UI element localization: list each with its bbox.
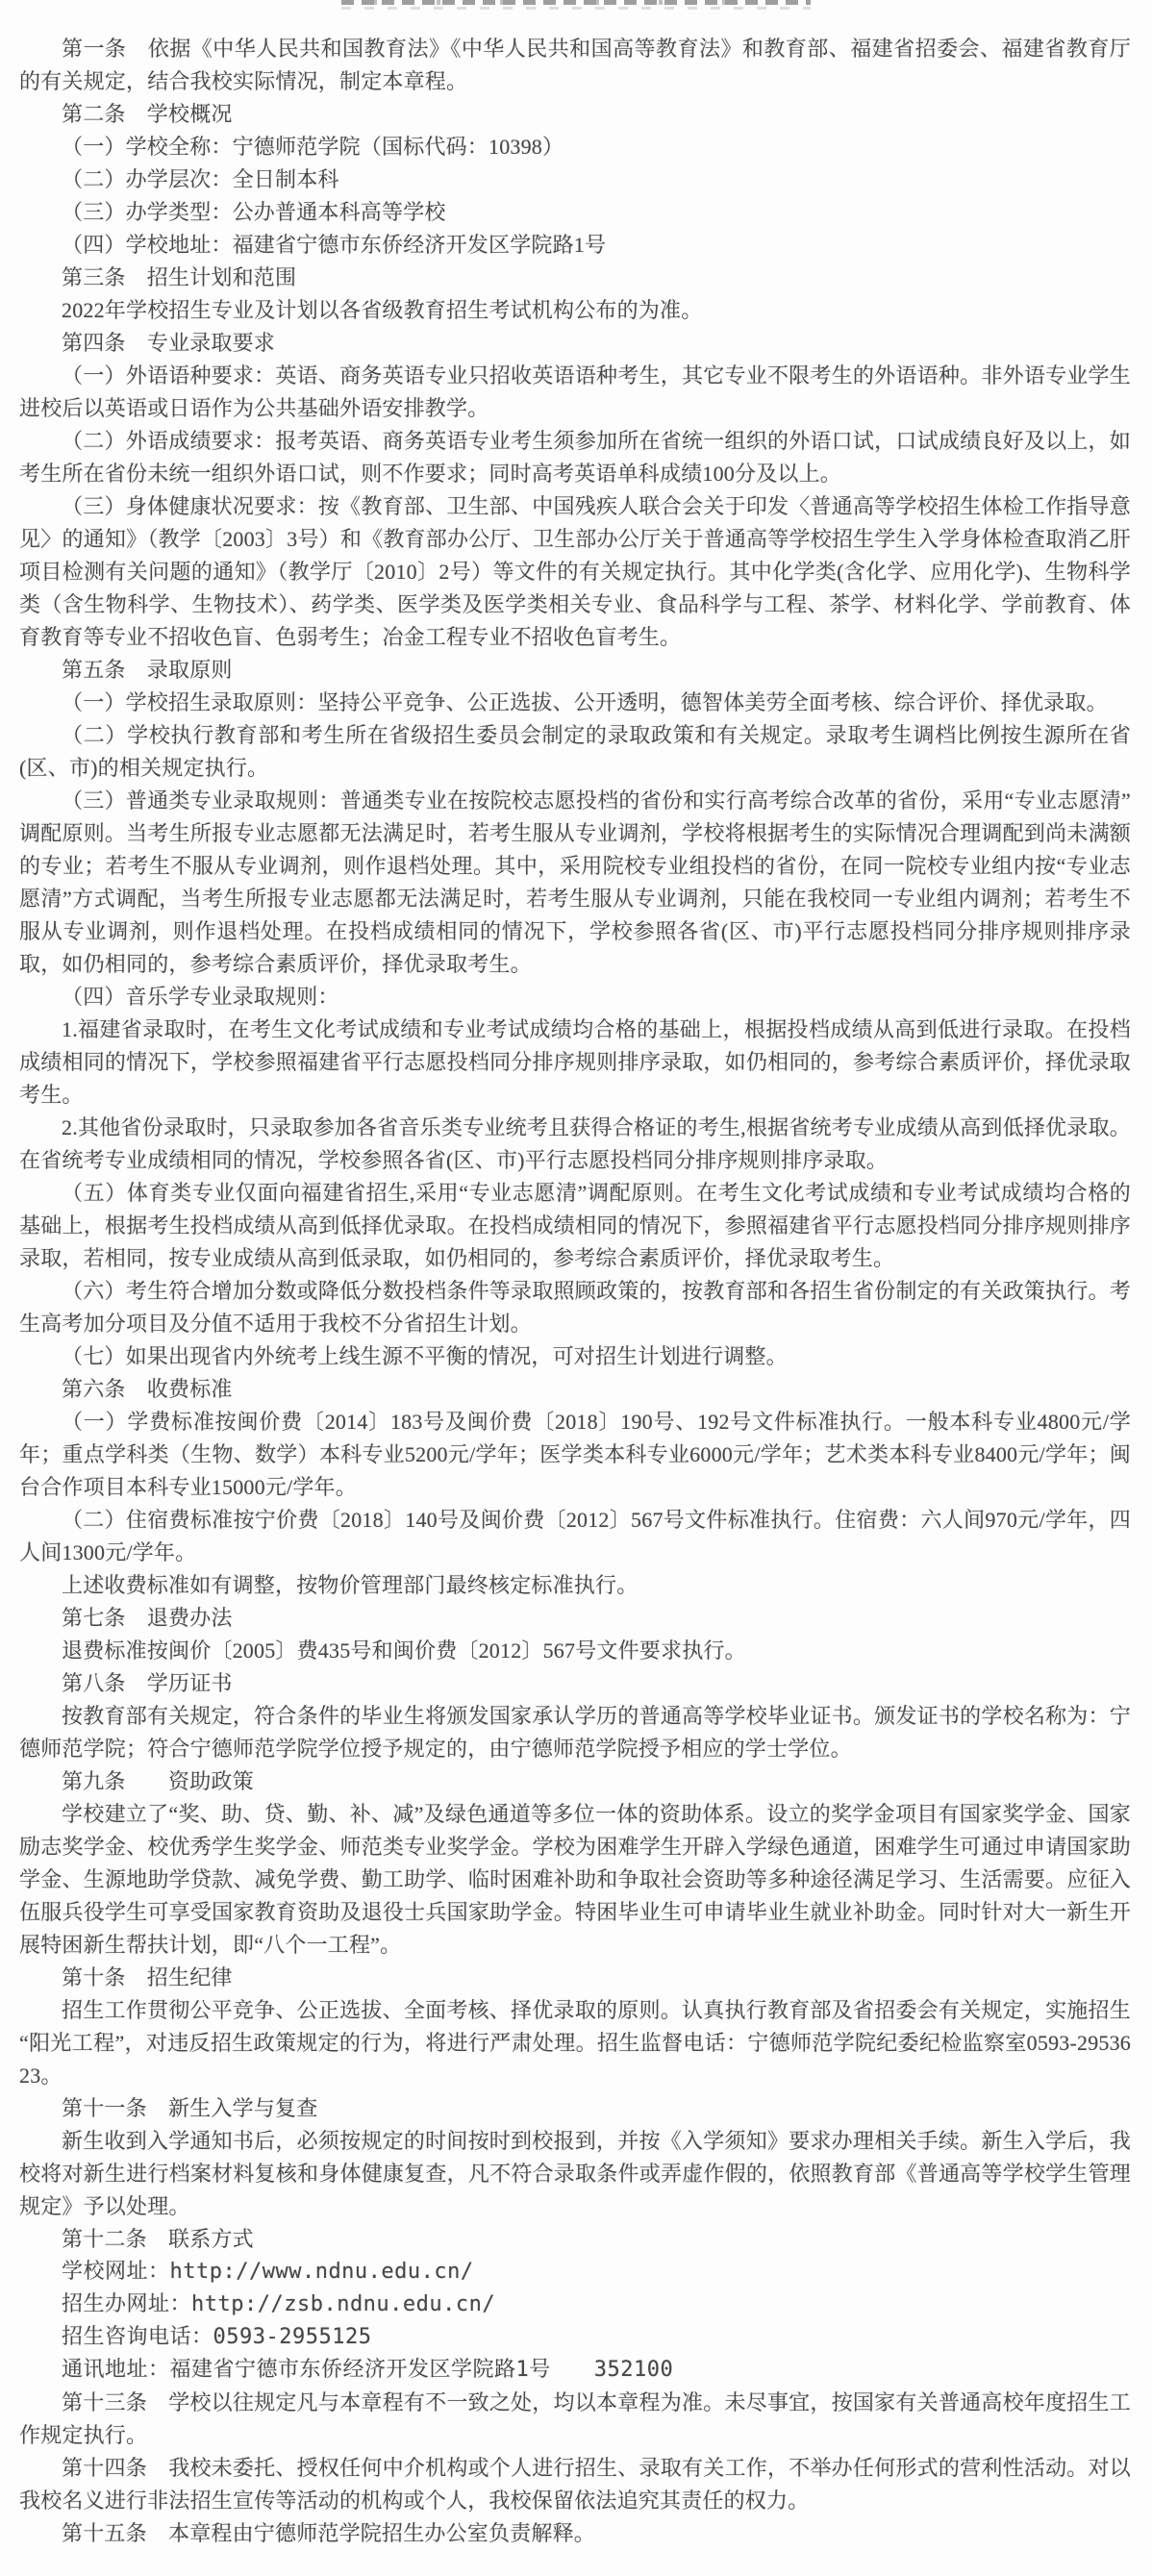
article-paragraph: 第十一条 新生入学与复查 <box>19 2092 1131 2125</box>
paragraph: （七）如果出现省内外统考上线生源不平衡的情况，可对招生计划进行调整。 <box>19 1340 1131 1373</box>
contact-line: 招生咨询电话：0593-2955125 <box>19 2321 1131 2354</box>
clipped-title-remnant <box>341 0 811 11</box>
scanned-document-page: 第一条 依据《中华人民共和国教育法》《中华人民共和国高等教育法》和教育部、福建省… <box>0 0 1152 2576</box>
article-paragraph: 第三条 招生计划和范围 <box>19 262 1131 294</box>
article-paragraph: 第五条 录取原则 <box>19 654 1131 687</box>
paragraph: （四）音乐学专业录取规则： <box>19 981 1131 1013</box>
paragraph: （一）学费标准按闽价费〔2014〕183号及闽价费〔2018〕190号、192号… <box>19 1406 1131 1504</box>
article-paragraph: 第十条 招生纪律 <box>19 1962 1131 1994</box>
paragraph: （二）外语成绩要求：报考英语、商务英语专业考生须参加所在省统一组织的外语口试，口… <box>19 425 1131 490</box>
paragraph: （三）办学类型：公办普通本科高等学校 <box>19 196 1131 229</box>
contact-line: 学校网址：http://www.ndnu.edu.cn/ <box>19 2256 1131 2288</box>
article-paragraph: 第十三条 学校以往规定凡与本章程有不一致之处，均以本章程为准。未尽事宜，按国家有… <box>19 2387 1131 2452</box>
paragraph: 2022年学校招生专业及计划以各省级教育招生考试机构公布的为准。 <box>19 294 1131 327</box>
paragraph: 退费标准按闽价〔2005〕费435号和闽价费〔2012〕567号文件要求执行。 <box>19 1635 1131 1667</box>
clipped-title-stroke-row-faint <box>341 7 811 10</box>
document-body: 第一条 依据《中华人民共和国教育法》《中华人民共和国高等教育法》和教育部、福建省… <box>19 33 1131 2550</box>
paragraph: 按教育部有关规定，符合条件的毕业生将颁发国家承认学历的普通高等学校毕业证书。颁发… <box>19 1700 1131 1765</box>
paragraph: （二）学校执行教育部和考生所在省级招生委员会制定的录取政策和有关规定。录取考生调… <box>19 719 1131 785</box>
paragraph: （四）学校地址：福建省宁德市东侨经济开发区学院路1号 <box>19 229 1131 262</box>
article-paragraph: 第四条 专业录取要求 <box>19 327 1131 360</box>
article-paragraph: 第六条 收费标准 <box>19 1373 1131 1406</box>
paragraph: （六）考生符合增加分数或降低分数投档条件等录取照顾政策的，按教育部和各招生省份制… <box>19 1275 1131 1340</box>
article-paragraph: 第七条 退费办法 <box>19 1602 1131 1635</box>
clipped-title-stroke-row <box>341 0 811 5</box>
article-paragraph: 第八条 学历证书 <box>19 1667 1131 1700</box>
contact-line: 通讯地址：福建省宁德市东侨经济开发区学院路1号 352100 <box>19 2354 1131 2387</box>
paragraph: 学校建立了“奖、助、贷、勤、补、减”及绿色通道等多位一体的资助体系。设立的奖学金… <box>19 1798 1131 1962</box>
article-paragraph: 第二条 学校概况 <box>19 98 1131 131</box>
article-paragraph: 第十五条 本章程由宁德师范学院招生办公室负责解释。 <box>19 2517 1131 2550</box>
paragraph: （三）身体健康状况要求：按《教育部、卫生部、中国残疾人联合会关于印发〈普通高等学… <box>19 490 1131 654</box>
article-paragraph: 第十四条 我校未委托、授权任何中介机构或个人进行招生、录取有关工作，不举办任何形… <box>19 2452 1131 2517</box>
article-paragraph: 第九条 资助政策 <box>19 1765 1131 1798</box>
paragraph: （二）办学层次：全日制本科 <box>19 163 1131 196</box>
paragraph: 招生工作贯彻公平竞争、公正选拔、全面考核、择优录取的原则。认真执行教育部及省招委… <box>19 1994 1131 2092</box>
paragraph: 1.福建省录取时，在考生文化考试成绩和专业考试成绩均合格的基础上，根据投档成绩从… <box>19 1013 1131 1112</box>
paragraph: （一）学校全称：宁德师范学院（国标代码：10398） <box>19 131 1131 163</box>
paragraph: （二）住宿费标准按宁价费〔2018〕140号及闽价费〔2012〕567号文件标准… <box>19 1504 1131 1569</box>
article-paragraph: 第十二条 联系方式 <box>19 2223 1131 2256</box>
paragraph: 新生收到入学通知书后，必须按规定的时间按时到校报到，并按《入学须知》要求办理相关… <box>19 2125 1131 2223</box>
paragraph: （三）普通类专业录取规则：普通类专业在按院校志愿投档的省份和实行高考综合改革的省… <box>19 785 1131 981</box>
paragraph: （五）体育类专业仅面向福建省招生,采用“专业志愿清”调配原则。在考生文化考试成绩… <box>19 1177 1131 1275</box>
paragraph: （一）外语语种要求：英语、商务英语专业只招收英语语种考生，其它专业不限考生的外语… <box>19 360 1131 425</box>
contact-line: 招生办网址：http://zsb.ndnu.edu.cn/ <box>19 2288 1131 2321</box>
paragraph: （一）学校招生录取原则：坚持公平竞争、公正选拔、公开透明，德智体美劳全面考核、综… <box>19 687 1131 719</box>
paragraph: 上述收费标准如有调整，按物价管理部门最终核定标准执行。 <box>19 1569 1131 1602</box>
article-paragraph: 第一条 依据《中华人民共和国教育法》《中华人民共和国高等教育法》和教育部、福建省… <box>19 33 1131 98</box>
paragraph: 2.其他省份录取时，只录取参加各省音乐类专业统考且获得合格证的考生,根据省统考专… <box>19 1112 1131 1177</box>
